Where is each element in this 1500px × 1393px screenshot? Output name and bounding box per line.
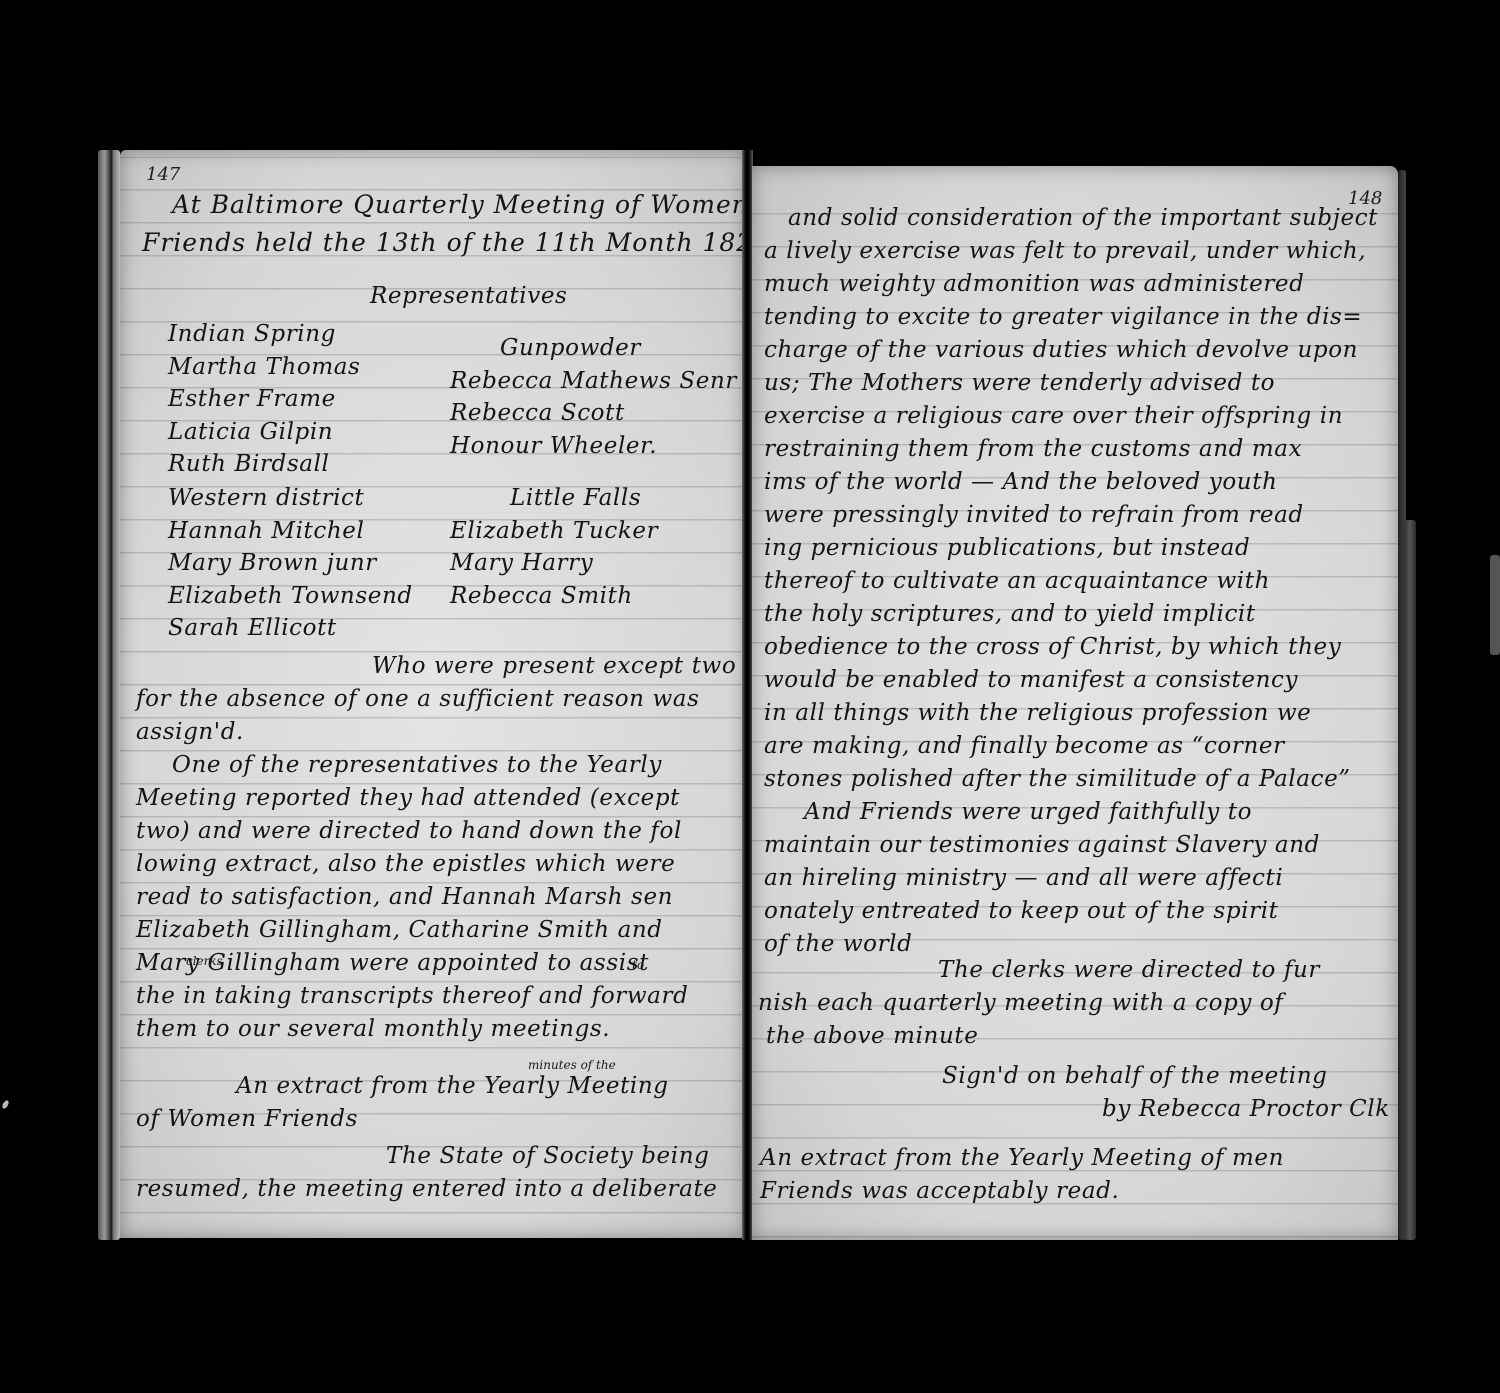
text-line: an hireling ministry — and all were affe… [764, 862, 1366, 895]
text-line: nish each quarterly meeting with a copy … [758, 987, 1283, 1020]
text-line: and solid consideration of the important… [788, 202, 1390, 235]
representative-name: Rebecca Scott [450, 397, 737, 430]
text-line: are making, and finally become as “corne… [764, 730, 1366, 763]
text-line: in all things with the religious profess… [764, 697, 1366, 730]
text-line: restraining them from the customs and ma… [764, 433, 1366, 466]
text-line: Elizabeth Gillingham, Catharine Smith an… [136, 914, 700, 947]
text-line: resumed, the meeting entered into a deli… [136, 1173, 718, 1206]
group-name: Indian Spring [168, 318, 360, 351]
text-line: onately entreated to keep out of the spi… [764, 895, 1366, 928]
text-line: assign'd. [136, 716, 700, 749]
group-name: Little Falls [510, 482, 718, 515]
text-line: Friends was acceptably read. [760, 1175, 1284, 1208]
state-of-society-continued: and solid consideration of the important… [764, 202, 1366, 961]
text-line: were pressingly invited to refrain from … [764, 499, 1366, 532]
group-western-district: Western district Hannah Mitchel Mary Bro… [168, 482, 413, 645]
state-of-society-minute: The State of Society being resumed, the … [136, 1140, 718, 1206]
text-line: them to our several monthly meetings. [136, 1013, 700, 1046]
binding-scrap [1490, 555, 1500, 655]
representative-name: Honour Wheeler. [450, 430, 737, 463]
representative-name: Laticia Gilpin [168, 416, 360, 449]
representatives-heading: Representatives [370, 280, 567, 313]
text-line: An extract from the Yearly Meeting [236, 1070, 669, 1103]
representative-name: Hannah Mitchel [168, 515, 413, 548]
extract-heading: An extract from the Yearly Meeting of Wo… [136, 1070, 569, 1136]
text-line: obedience to the cross of Christ, by whi… [764, 631, 1366, 664]
text-line: the in taking transcripts thereof and fo… [136, 980, 700, 1013]
group-little-falls: Little Falls Elizabeth Tucker Mary Harry… [450, 482, 658, 612]
text-line: two) and were directed to hand down the … [136, 815, 700, 848]
representative-name: Elizabeth Townsend [168, 580, 413, 613]
representative-name: Mary Harry [450, 547, 658, 580]
text-line: lowing extract, also the epistles which … [136, 848, 700, 881]
representative-name: Sarah Ellicott [168, 612, 413, 645]
text-line: the holy scriptures, and to yield implic… [764, 598, 1366, 631]
text-line: much weighty admonition was administered [764, 268, 1366, 301]
interlinear-clerks: clerks [186, 954, 223, 968]
left-page-edge [98, 150, 120, 1240]
representative-name: Ruth Birdsall [168, 448, 360, 481]
signature-block: Sign'd on behalf of the meeting by Rebec… [942, 1060, 1327, 1126]
interlinear-to: to [632, 958, 644, 972]
text-line: ing pernicious publications, but instead [764, 532, 1366, 565]
group-indian-spring: Indian Spring Martha Thomas Esther Frame… [168, 318, 360, 481]
group-gunpowder: Gunpowder Rebecca Mathews Senr Rebecca S… [450, 332, 737, 462]
clerk-signature: by Rebecca Proctor Clk [1102, 1093, 1487, 1126]
text-line: would be enabled to manifest a consisten… [764, 664, 1366, 697]
text-line: One of the representatives to the Yearly [172, 749, 736, 782]
page-number-left: 147 [146, 164, 180, 185]
representative-name: Martha Thomas [168, 351, 360, 384]
meeting-title-line-1: At Baltimore Quarterly Meeting of Women [172, 190, 749, 219]
text-line: the above minute [766, 1020, 1291, 1053]
text-line: ims of the world — And the beloved youth [764, 466, 1366, 499]
text-line: tending to excite to greater vigilance i… [764, 301, 1366, 334]
representative-name: Esther Frame [168, 383, 360, 416]
group-name: Western district [168, 482, 413, 515]
meeting-title-line-2: Friends held the 13th of the 11th Month … [142, 228, 779, 257]
text-line: An extract from the Yearly Meeting of me… [760, 1142, 1284, 1175]
text-line: maintain our testimonies against Slavery… [764, 829, 1366, 862]
clerks-minute: The clerks were directed to fur nish eac… [758, 954, 1283, 1053]
text-line: The clerks were directed to fur [938, 954, 1463, 987]
text-line: read to satisfaction, and Hannah Marsh s… [136, 881, 700, 914]
text-line: stones polished after the similitude of … [764, 763, 1366, 796]
attendance-minute: Who were present except two for the abse… [136, 650, 700, 1046]
text-line: of Women Friends [136, 1103, 569, 1136]
text-line: And Friends were urged faithfully to [804, 796, 1406, 829]
text-line: a lively exercise was felt to prevail, u… [764, 235, 1366, 268]
left-page: 147 At Baltimore Quarterly Meeting of Wo… [120, 150, 745, 1238]
representative-name: Rebecca Mathews Senr [450, 365, 737, 398]
text-line: us; The Mothers were tenderly advised to [764, 367, 1366, 400]
representative-name: Mary Brown junr [168, 547, 413, 580]
right-page: 148 and solid consideration of the impor… [752, 166, 1398, 1240]
text-line: thereof to cultivate an acquaintance wit… [764, 565, 1366, 598]
representative-name: Rebecca Smith [450, 580, 658, 613]
text-line: Meeting reported they had attended (exce… [136, 782, 700, 815]
text-line: for the absence of one a sufficient reas… [136, 683, 700, 716]
representative-name: Elizabeth Tucker [450, 515, 658, 548]
text-line: charge of the various duties which devol… [764, 334, 1366, 367]
mens-extract-minute: An extract from the Yearly Meeting of me… [760, 1142, 1284, 1208]
signature-line: Sign'd on behalf of the meeting [942, 1060, 1327, 1093]
binding-strip [1404, 520, 1416, 1240]
text-line: exercise a religious care over their off… [764, 400, 1366, 433]
